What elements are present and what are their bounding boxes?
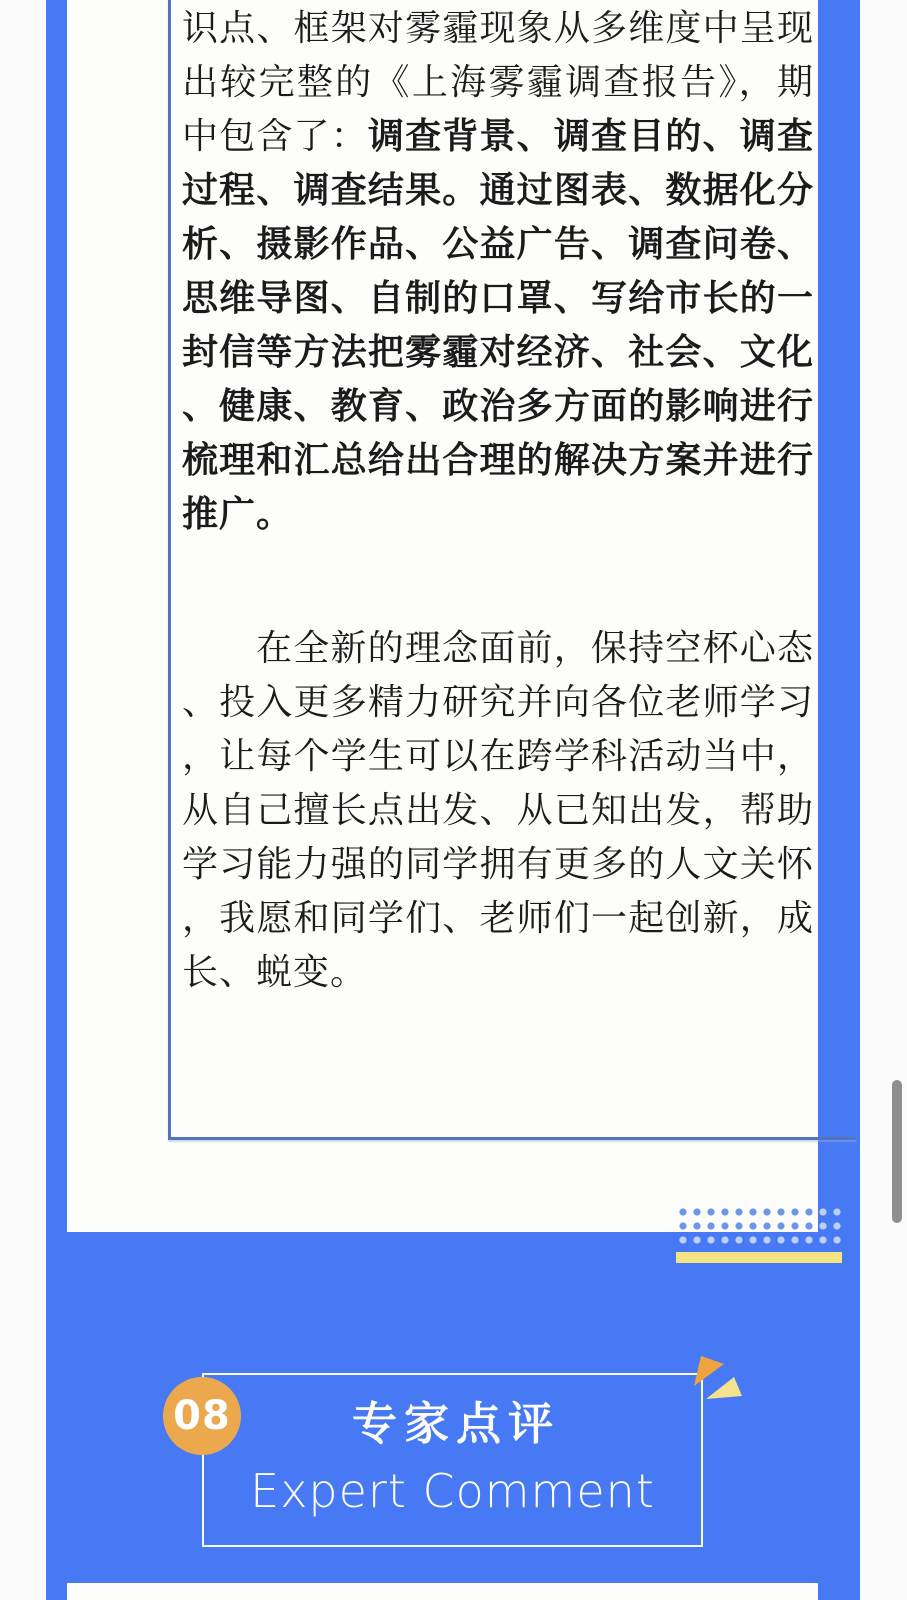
- corner-triangles-icon: [690, 1350, 746, 1406]
- scrollbar-thumb[interactable]: [892, 1080, 902, 1223]
- triangle-yellow-icon: [706, 1377, 742, 1399]
- paragraph-1: 识点、框架对雾霾现象从多维度中呈现出较完整的《上海雾霾调查报告》，期中包含了：调…: [182, 2, 814, 542]
- section-header-box: 专家点评 Expert Comment: [202, 1373, 703, 1547]
- section-number: 08: [173, 1393, 231, 1439]
- article-text-block: 识点、框架对雾霾现象从多维度中呈现出较完整的《上海雾霾调查报告》，期中包含了：调…: [182, 2, 814, 1000]
- dot-grid-decoration: [676, 1205, 844, 1247]
- yellow-accent-bar: [676, 1252, 842, 1263]
- page: 识点、框架对雾霾现象从多维度中呈现出较完整的《上海雾霾调查报告》，期中包含了：调…: [0, 0, 907, 1600]
- section-subtitle: Expert Comment: [250, 1468, 655, 1514]
- article-card: 识点、框架对雾霾现象从多维度中呈现出较完整的《上海雾霾调查报告》，期中包含了：调…: [67, 0, 818, 1232]
- triangle-orange-icon: [694, 1356, 724, 1386]
- section-title: 专家点评: [345, 1401, 560, 1446]
- section-number-badge: 08: [163, 1377, 241, 1455]
- paragraph-1-bold: 调查背景、调查目的、调查过程、调查结果。通过图表、数据化分析、摄影作品、公益广告…: [182, 116, 814, 535]
- paragraph-2: 在全新的理念面前，保持空杯心态、投入更多精力研究并向各位老师学习，让每个学生可以…: [182, 622, 814, 1000]
- next-section-card-top: [67, 1583, 818, 1600]
